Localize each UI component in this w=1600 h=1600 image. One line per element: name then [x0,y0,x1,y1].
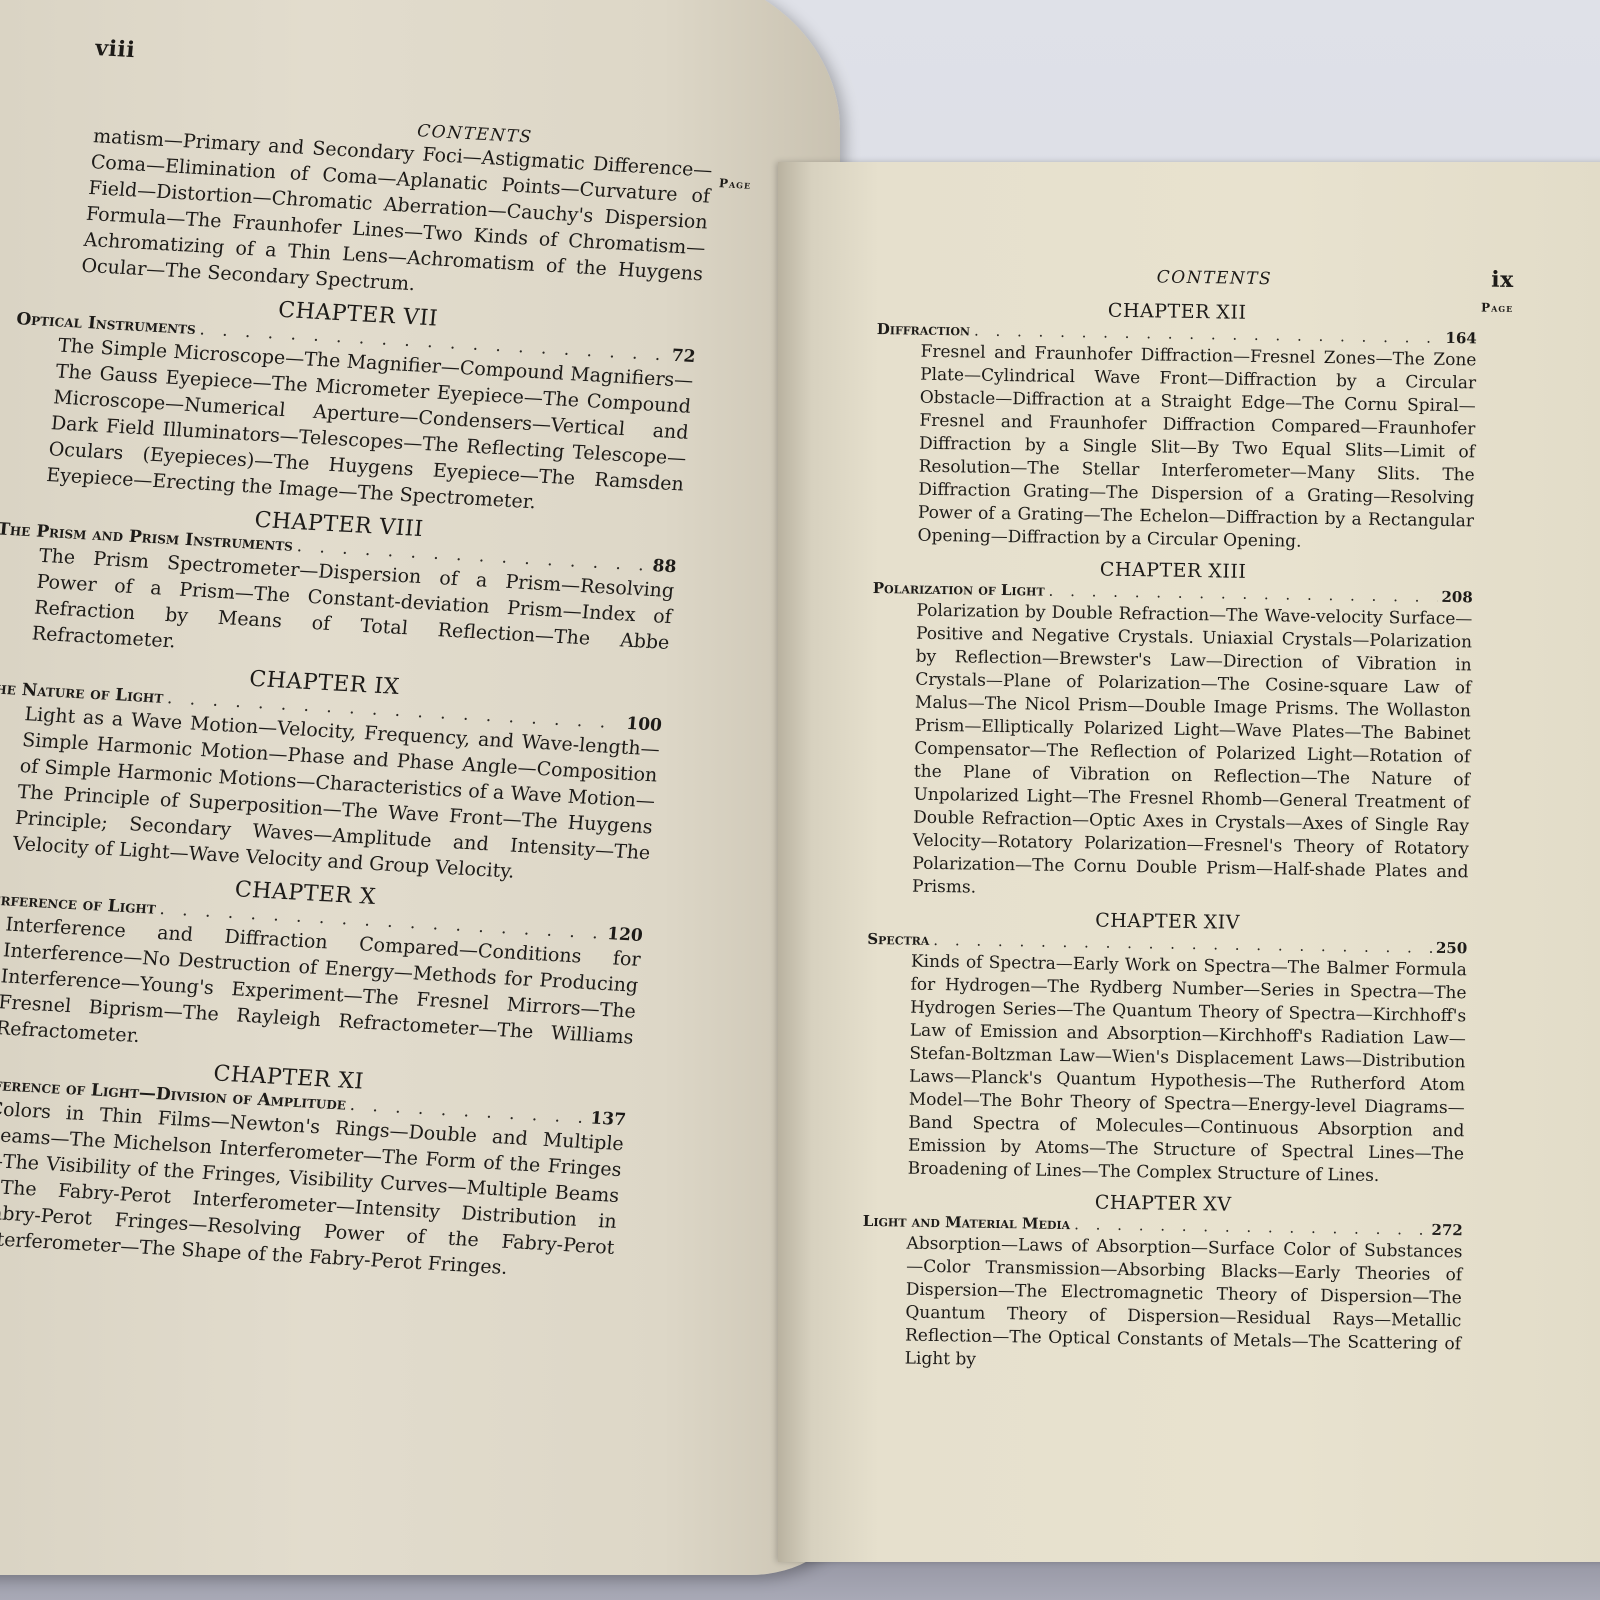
chapter-page-number: 100 [625,713,662,737]
chapter-title: Spectra [867,928,929,951]
chapter-page-number: 137 [589,1107,626,1131]
chapter-entry: CHAPTER IX The Nature of Light . . . . .… [0,652,665,892]
chapter-page-number: 272 [1431,1219,1463,1241]
chapter-page-number: 72 [671,345,697,368]
chapter-summary: Polarization by Double Refraction—The Wa… [868,599,1473,907]
page-header: CONTENTS ix [878,257,1478,292]
chapter-page-number: 120 [606,923,643,947]
chapter-summary: Kinds of Spectra—Early Work on Spectra—T… [864,950,1468,1189]
running-head: CONTENTS [1157,267,1273,289]
chapter-entry: CHAPTER VIII The Prism and Prism Instrum… [0,493,679,681]
page-column-label: Page [1481,300,1513,315]
chapter-entry: CHAPTER XIV Spectra . . . . . . . . . . … [864,906,1468,1189]
chapter-entry: CHAPTER VII Optical Instruments . . . . … [1,283,698,523]
chapter-title: Diffraction [877,318,971,341]
page-column-label: Page [718,176,751,192]
chapter-entry: CHAPTER XIII Polarization of Light . . .… [868,555,1473,907]
right-page-content: CONTENTS ix Page CHAPTER XII Diffraction… [861,257,1478,1379]
page-number: ix [1491,267,1514,293]
chapter-page-number: 164 [1445,327,1477,349]
chapter-title: Light and Material Media [863,1210,1071,1235]
left-page-content: viii CONTENTS Page matism—Primary and Se… [0,60,719,1287]
chapter-page-number: 250 [1436,937,1468,959]
chapter-entry: CHAPTER XII Diffraction . . . . . . . . … [873,296,1477,556]
chapter-entry: CHAPTER XV Light and Material Media . . … [861,1188,1464,1379]
chapter-page-number: 208 [1441,586,1473,608]
chapter-summary: Absorption—Laws of Absorption—Surface Co… [861,1232,1463,1379]
left-page: viii CONTENTS Page matism—Primary and Se… [0,0,840,1575]
chapter-title: Polarization of Light [873,577,1045,602]
chapter-page-number: 88 [652,555,678,578]
chapter-entry: CHAPTER XI Interference of Light—Divisio… [0,1047,629,1287]
page-number: viii [94,35,136,63]
chapter-entry: CHAPTER X Interference of Light . . . . … [0,862,646,1076]
chapter-summary: Fresnel and Fraunhofer Diffraction—Fresn… [873,340,1476,556]
right-page: CONTENTS ix Page CHAPTER XII Diffraction… [778,162,1600,1562]
